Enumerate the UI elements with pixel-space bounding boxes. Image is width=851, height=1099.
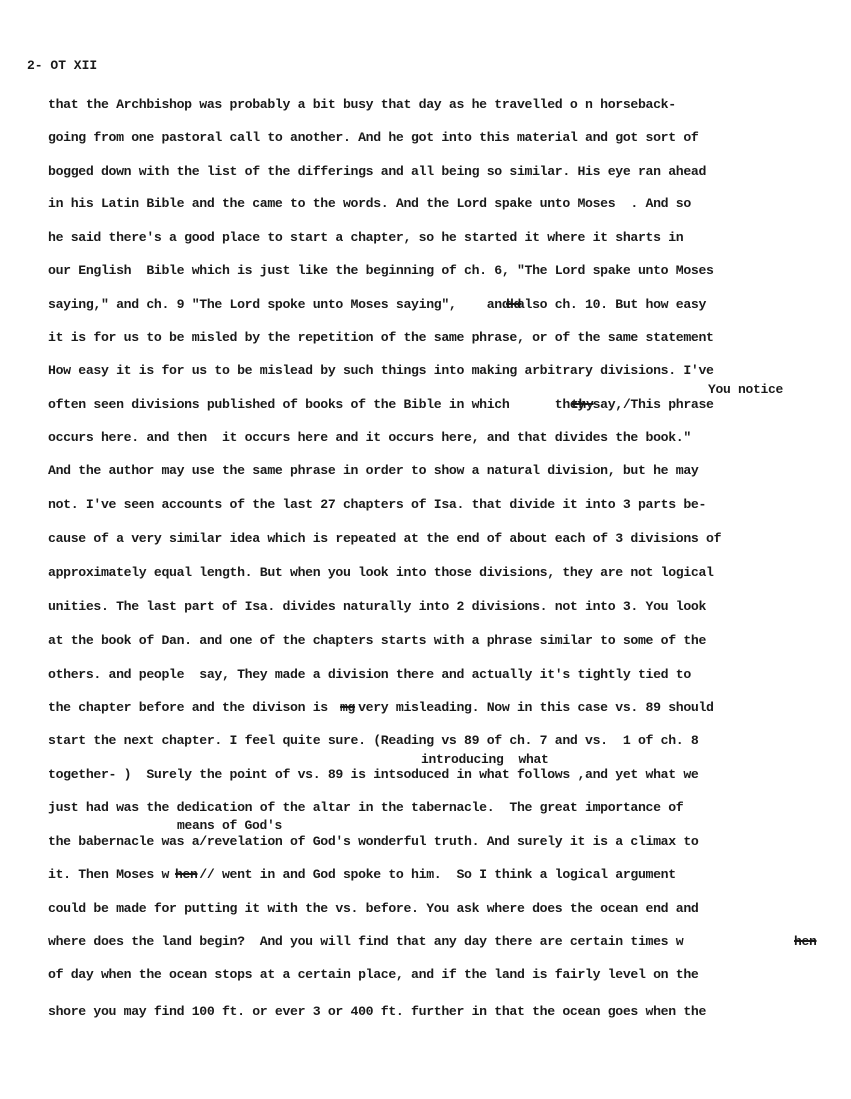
- text-line: of day when the ocean stops at a certain…: [48, 967, 699, 983]
- text-line: cause of a very similar idea which is re…: [48, 531, 721, 547]
- text-line: where does the land begin? And you will …: [48, 934, 683, 950]
- text-line: approximately equal length. But when you…: [48, 565, 714, 581]
- text-line: could be made for putting it with the vs…: [48, 901, 699, 917]
- handwritten-insertion: You notice: [708, 383, 783, 397]
- text-line: And the author may use the same phrase i…: [48, 463, 699, 479]
- struck-out-text: thy: [571, 398, 594, 412]
- text-line: How easy it is for us to be mislead by s…: [48, 363, 714, 379]
- text-line: it. Then Moses w // went in and God spok…: [48, 867, 676, 883]
- text-line: in his Latin Bible and the came to the w…: [48, 196, 691, 212]
- text-line: shore you may find 100 ft. or ever 3 or …: [48, 1004, 706, 1020]
- text-line: together- ) Surely the point of vs. 89 i…: [48, 767, 699, 783]
- text-line: just had was the dedication of the altar…: [48, 800, 683, 816]
- page-header: 2- OT XII: [27, 58, 97, 73]
- text-line: not. I've seen accounts of the last 27 c…: [48, 497, 706, 513]
- handwritten-insertion: means of God's: [177, 819, 282, 833]
- typewritten-page: 2- OT XII that the Archbishop was probab…: [0, 0, 851, 1099]
- text-line: it is for us to be misled by the repetit…: [48, 330, 714, 346]
- struck-out-text: hen: [175, 868, 198, 882]
- handwritten-insertion: introducing what: [421, 753, 549, 767]
- text-line: saying," and ch. 9 "The Lord spoke unto …: [48, 297, 706, 313]
- struck-out-text: mg: [340, 701, 355, 715]
- text-line: that the Archbishop was probably a bit b…: [48, 97, 676, 113]
- text-line: often seen divisions published of books …: [48, 397, 714, 413]
- text-line: at the book of Dan. and one of the chapt…: [48, 633, 706, 649]
- text-line: others. and people say, They made a divi…: [48, 667, 691, 683]
- text-line: bogged down with the list of the differi…: [48, 164, 706, 180]
- text-line: the babernacle was a/revelation of God's…: [48, 834, 699, 850]
- text-line: occurs here. and then it occurs here and…: [48, 430, 691, 446]
- text-line: unities. The last part of Isa. divides n…: [48, 599, 706, 615]
- text-line: our English Bible which is just like the…: [48, 263, 714, 279]
- text-line: he said there's a good place to start a …: [48, 230, 683, 246]
- struck-out-text: hen: [794, 935, 817, 949]
- struck-out-text: dd: [506, 298, 521, 312]
- text-line: the chapter before and the divison is ve…: [48, 700, 714, 716]
- text-line: start the next chapter. I feel quite sur…: [48, 733, 699, 749]
- text-line: going from one pastoral call to another.…: [48, 130, 699, 146]
